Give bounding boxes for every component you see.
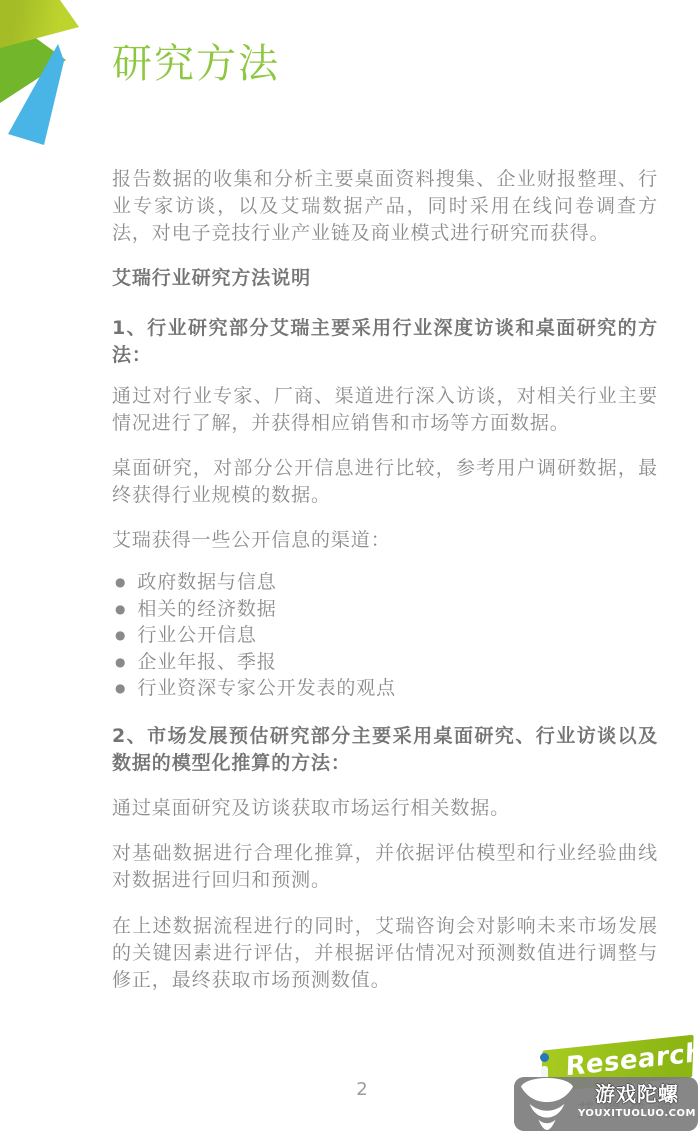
method1-heading: 1、行业研究部分艾瑞主要采用行业深度访谈和桌面研究的方法：	[112, 315, 658, 369]
method2-heading: 2、市场发展预估研究部分主要采用桌面研究、行业访谈以及数据的模型化推算的方法：	[112, 723, 658, 777]
method1-paragraph-1: 通过对行业专家、厂商、渠道进行深入访谈，对相关行业主要情况进行了解，并获得相应销…	[112, 383, 658, 437]
list-item: 行业资深专家公开发表的观点	[115, 676, 658, 703]
corner-triangles-decoration	[0, 0, 100, 160]
page-title: 研究方法	[112, 40, 280, 88]
youxituoluo-spiral-icon	[518, 1077, 576, 1135]
body-column: 报告数据的收集和分析主要桌面资料搜集、企业财报整理、行业专家访谈，以及艾瑞数据产…	[112, 166, 658, 1012]
page-number: 2	[332, 1079, 392, 1100]
watermark-text-block: 游戏陀螺 YOUXITUOLUO.COM	[578, 1082, 696, 1119]
list-item: 行业公开信息	[115, 623, 658, 650]
method2-paragraph-2: 对基础数据进行合理化推算，并依据评估模型和行业经验曲线对数据进行回归和预测。	[112, 840, 658, 894]
report-page: 研究方法 报告数据的收集和分析主要桌面资料搜集、企业财报整理、行业专家访谈，以及…	[0, 0, 700, 1148]
list-item: 企业年报、季报	[115, 650, 658, 677]
section-title: 艾瑞行业研究方法说明	[112, 265, 658, 292]
channels-list: 政府数据与信息 相关的经济数据 行业公开信息 企业年报、季报 行业资深专家公开发…	[112, 570, 658, 703]
iresearch-i-dot-icon	[540, 1053, 549, 1062]
method2-paragraph-3: 在上述数据流程进行的同时，艾瑞咨询会对影响未来市场发展的关键因素进行评估，并根据…	[112, 913, 658, 994]
channels-intro: 艾瑞获得一些公开信息的渠道：	[112, 527, 658, 554]
list-item: 政府数据与信息	[115, 570, 658, 597]
watermark-url: YOUXITUOLUO.COM	[578, 1108, 696, 1119]
intro-paragraph: 报告数据的收集和分析主要桌面资料搜集、企业财报整理、行业专家访谈，以及艾瑞数据产…	[112, 166, 658, 247]
watermark-name: 游戏陀螺	[578, 1082, 696, 1106]
method2-paragraph-1: 通过桌面研究及访谈获取市场运行相关数据。	[112, 795, 658, 822]
watermark-badge: 游戏陀螺 YOUXITUOLUO.COM	[514, 1077, 698, 1131]
list-item: 相关的经济数据	[115, 597, 658, 624]
method1-paragraph-2: 桌面研究，对部分公开信息进行比较，参考用户调研数据，最终获得行业规模的数据。	[112, 455, 658, 509]
